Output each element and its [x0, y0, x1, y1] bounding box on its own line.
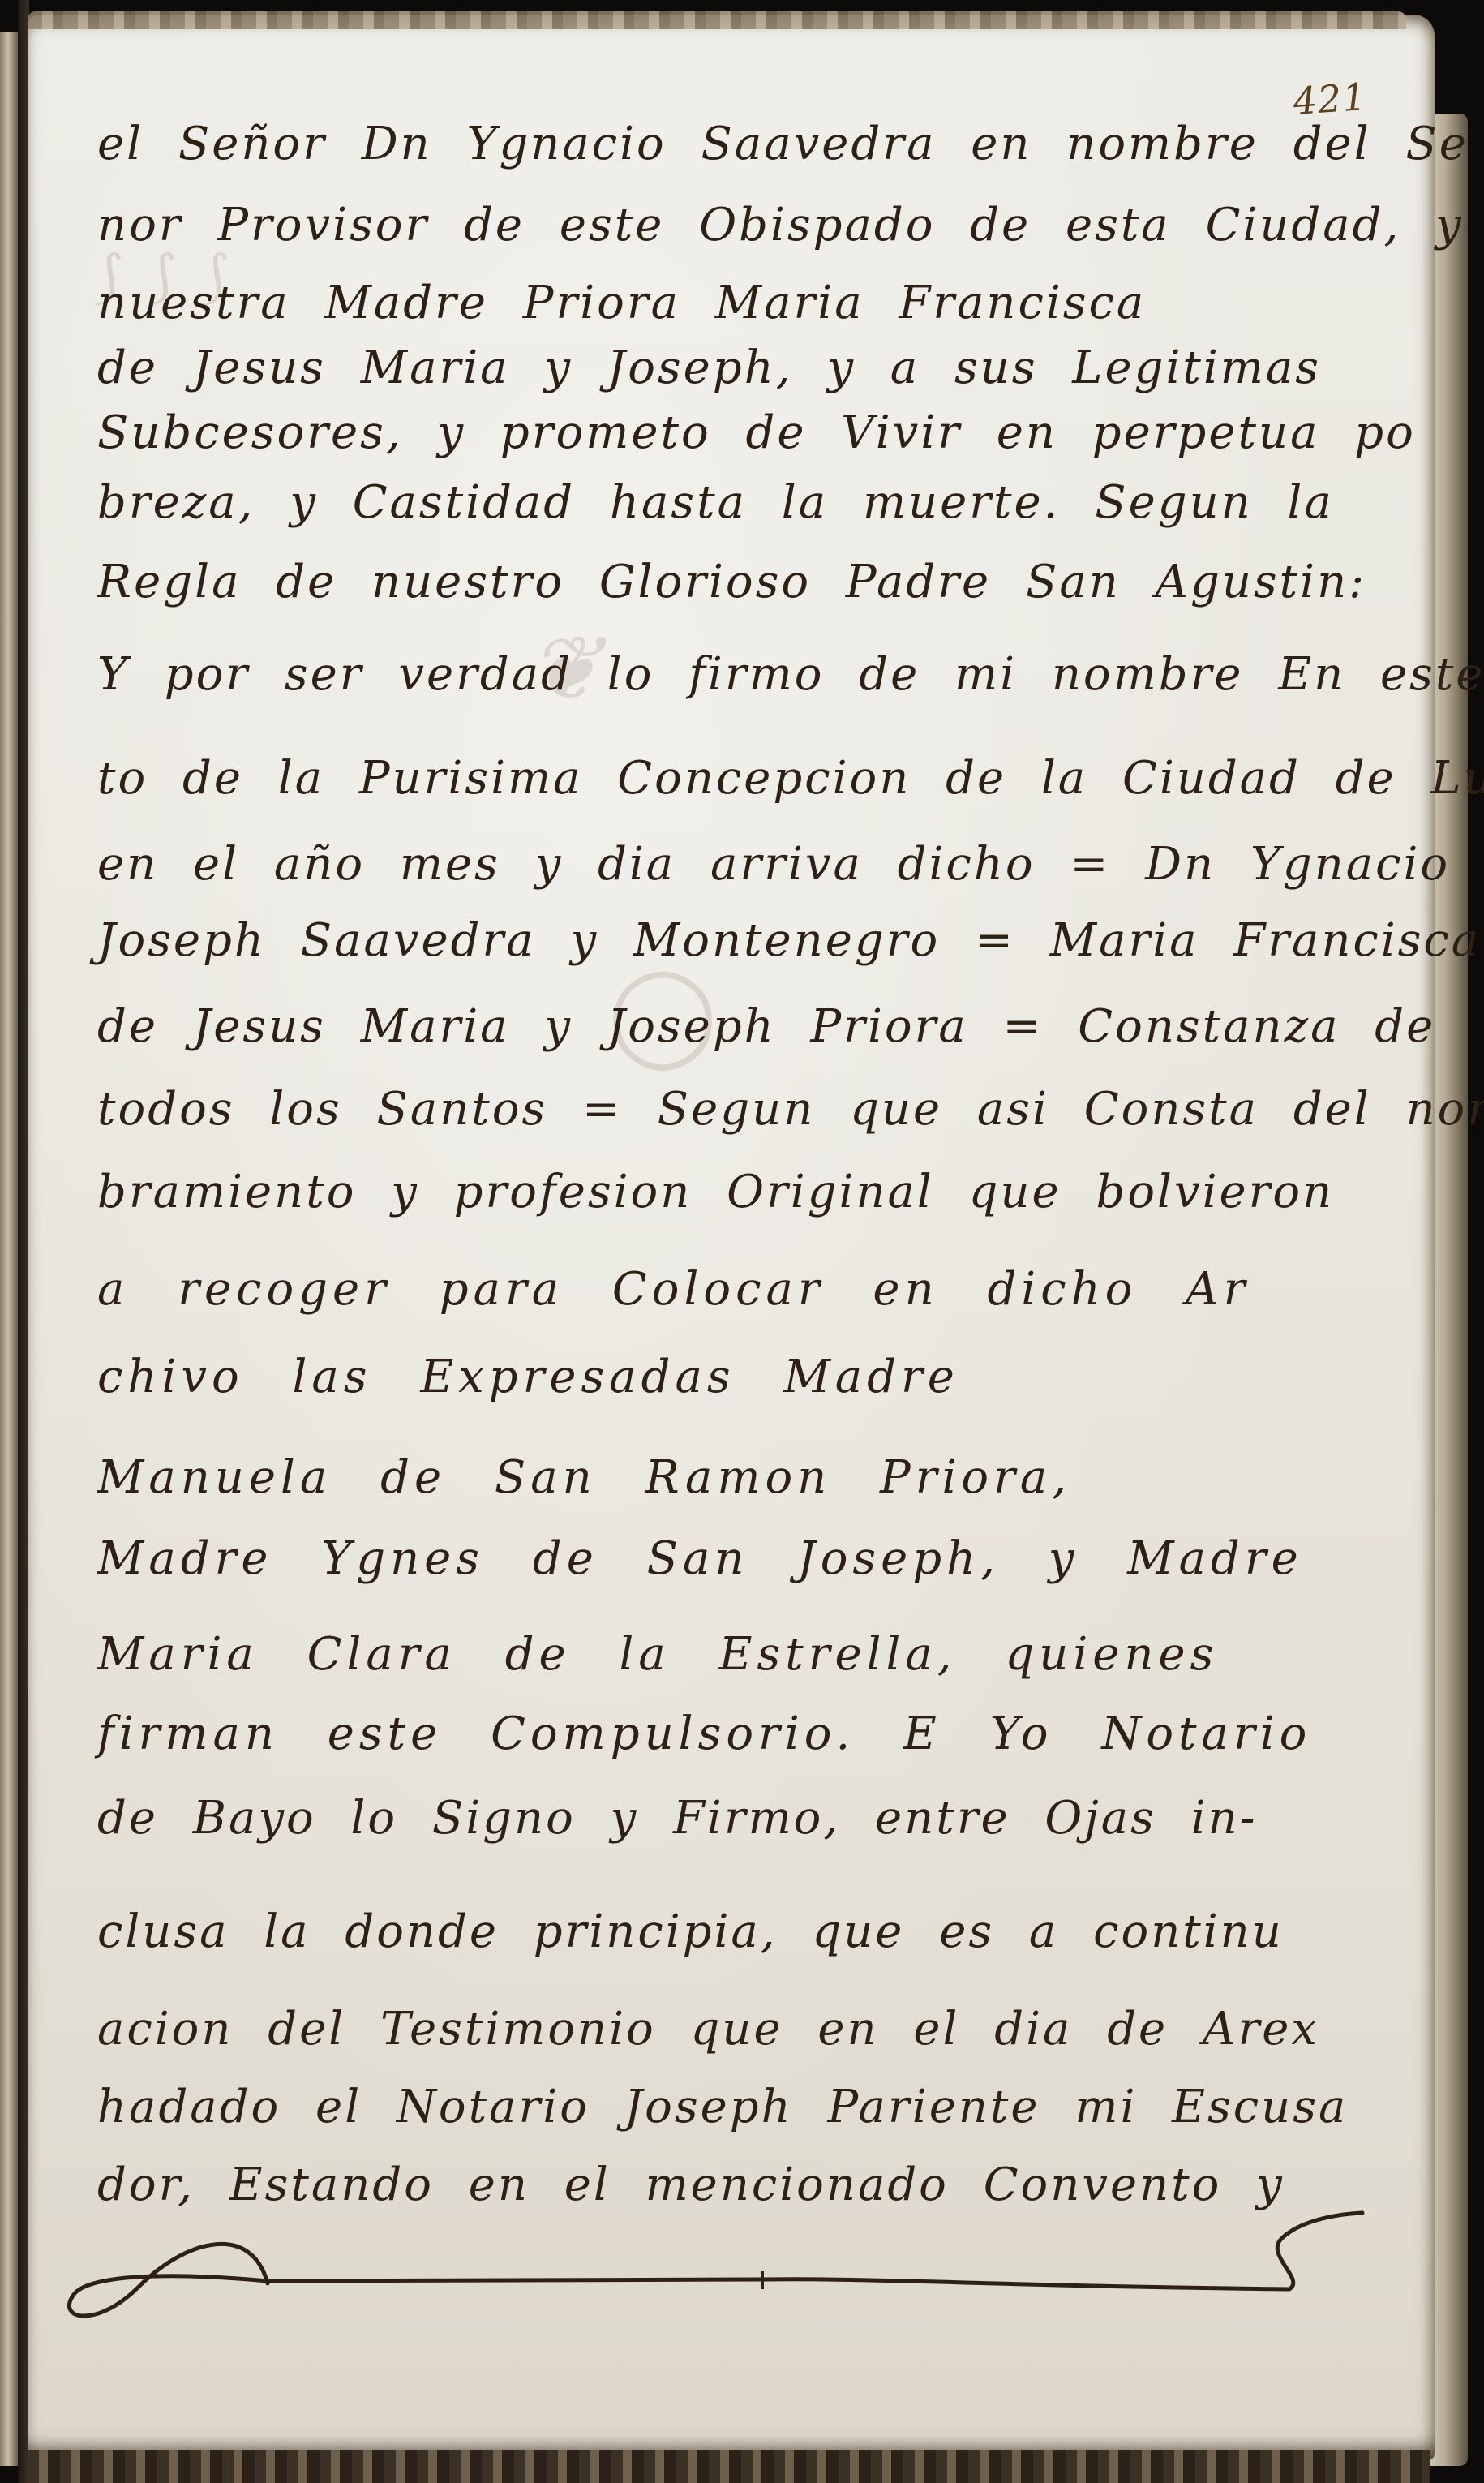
- closing-flourish-line: [65, 2190, 1395, 2336]
- text-line: nuestra Madre Priora Maria Francisca: [97, 279, 1362, 328]
- text-line: Maria Clara de la Estrella, quienes: [97, 1630, 1362, 1679]
- text-line: bramiento y profesion Original que bolvi…: [97, 1168, 1362, 1217]
- text-line: to de la Purisima Concepcion de la Ciuda…: [97, 754, 1362, 803]
- text-line: el Señor Dn Ygnacio Saavedra en nombre d…: [97, 120, 1362, 169]
- text-line: de Bayo lo Signo y Firmo, entre Ojas in-: [97, 1794, 1362, 1843]
- text-line: acion del Testimonio que en el dia de Ar…: [97, 2005, 1362, 2054]
- text-line: Subcesores, y prometo de Vivir en perpet…: [97, 409, 1362, 458]
- text-line: breza, y Castidad hasta la muerte. Segun…: [97, 479, 1362, 527]
- previous-page-edge: [0, 32, 18, 2466]
- text-line: chivo las Expresadas Madre: [97, 1353, 1362, 1402]
- stacked-pages-edge: [1429, 114, 1468, 2466]
- text-line: firman este Compulsorio. E Yo Notario: [97, 1710, 1362, 1759]
- text-line: de Jesus Maria y Joseph Priora = Constan…: [97, 1003, 1362, 1051]
- text-line: hadado el Notario Joseph Pariente mi Esc…: [97, 2083, 1362, 2132]
- text-line: de Jesus Maria y Joseph, y a sus Legitim…: [97, 344, 1362, 393]
- text-line: Regla de nuestro Glorioso Padre San Agus…: [97, 558, 1362, 607]
- text-line: en el año mes y dia arriva dicho = Dn Yg…: [97, 840, 1362, 889]
- text-line: clusa la donde principia, que es a conti…: [97, 1908, 1362, 1957]
- text-line: Manuela de San Ramon Priora,: [97, 1454, 1362, 1502]
- text-line: nor Provisor de este Obispado de esta Ci…: [97, 201, 1362, 250]
- folio-number: 421: [1292, 75, 1368, 123]
- page-top-worn-edge: [28, 11, 1406, 29]
- text-line: todos los Santos = Segun que asi Consta …: [97, 1085, 1362, 1134]
- text-line: a recoger para Colocar en dicho Ar: [97, 1265, 1362, 1314]
- text-line: Y por ser verdad lo firmo de mi nombre E…: [97, 651, 1362, 699]
- page-bottom-worn-edge: [28, 2450, 1430, 2483]
- text-line: Madre Ygnes de San Joseph, y Madre: [97, 1535, 1362, 1583]
- text-line: Joseph Saavedra y Montenegro = Maria Fra…: [97, 917, 1362, 965]
